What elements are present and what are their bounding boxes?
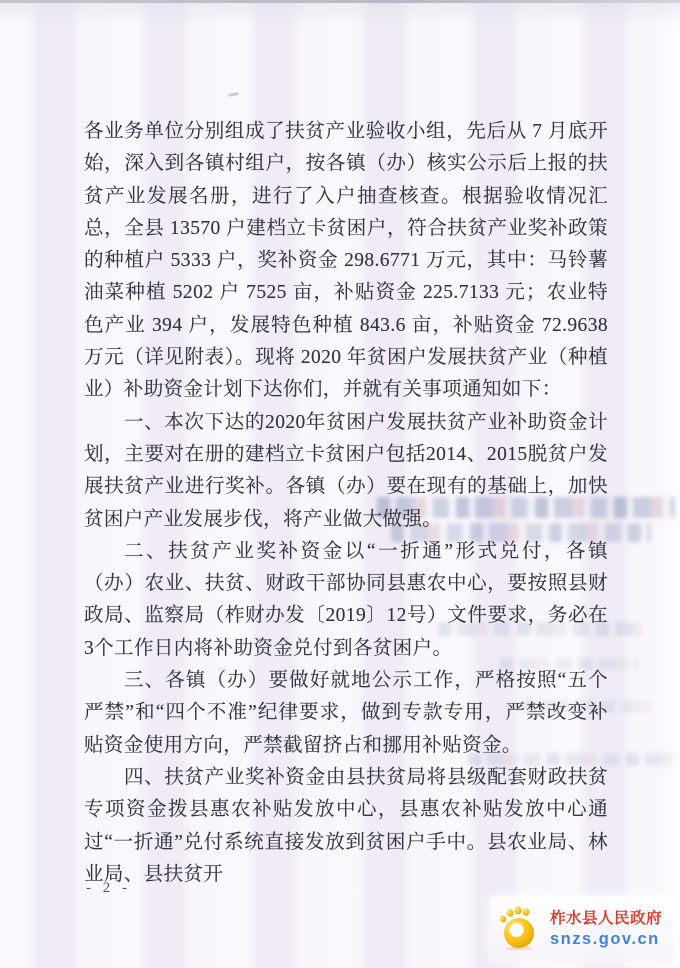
scan-edge bbox=[0, 0, 680, 3]
watermark-site-url: snzs.gov.cn bbox=[550, 929, 662, 950]
site-watermark: 柞水县人民政府 snzs.gov.cn bbox=[490, 896, 674, 962]
paragraph: 一、本次下达的2020年贫困户发展扶贫产业补助资金计划，主要对在册的建档立卡贫困… bbox=[84, 407, 608, 536]
paragraph: 三、各镇（办）要做好就地公示工作，严格按照“五个严禁”和“四个不准”纪律要求，做… bbox=[84, 665, 608, 762]
watermark-site-name: 柞水县人民政府 bbox=[550, 909, 662, 929]
watermark-text: 柞水县人民政府 snzs.gov.cn bbox=[550, 909, 662, 950]
page-number: - 2 - bbox=[86, 880, 131, 897]
document-page: 各业务单位分别组成了扶贫产业验收小组，先后从 7 月底开始，深入到各镇村组户，按… bbox=[0, 0, 680, 968]
paragraph: 各业务单位分别组成了扶贫产业验收小组，先后从 7 月底开始，深入到各镇村组户，按… bbox=[84, 116, 608, 407]
paragraph: 二、扶贫产业奖补资金以“一折通”形式兑付，各镇（办）农业、扶贫、财政干部协同县惠… bbox=[84, 536, 608, 665]
gov-foot-logo-icon bbox=[496, 902, 542, 957]
scan-speck bbox=[228, 92, 239, 97]
paragraph: 四、扶贫产业奖补资金由县扶贫局将县级配套财政扶贫专项资金拨县惠农补贴发放中心，县… bbox=[84, 762, 608, 891]
document-body: 各业务单位分别组成了扶贫产业验收小组，先后从 7 月底开始，深入到各镇村组户，按… bbox=[84, 116, 608, 891]
